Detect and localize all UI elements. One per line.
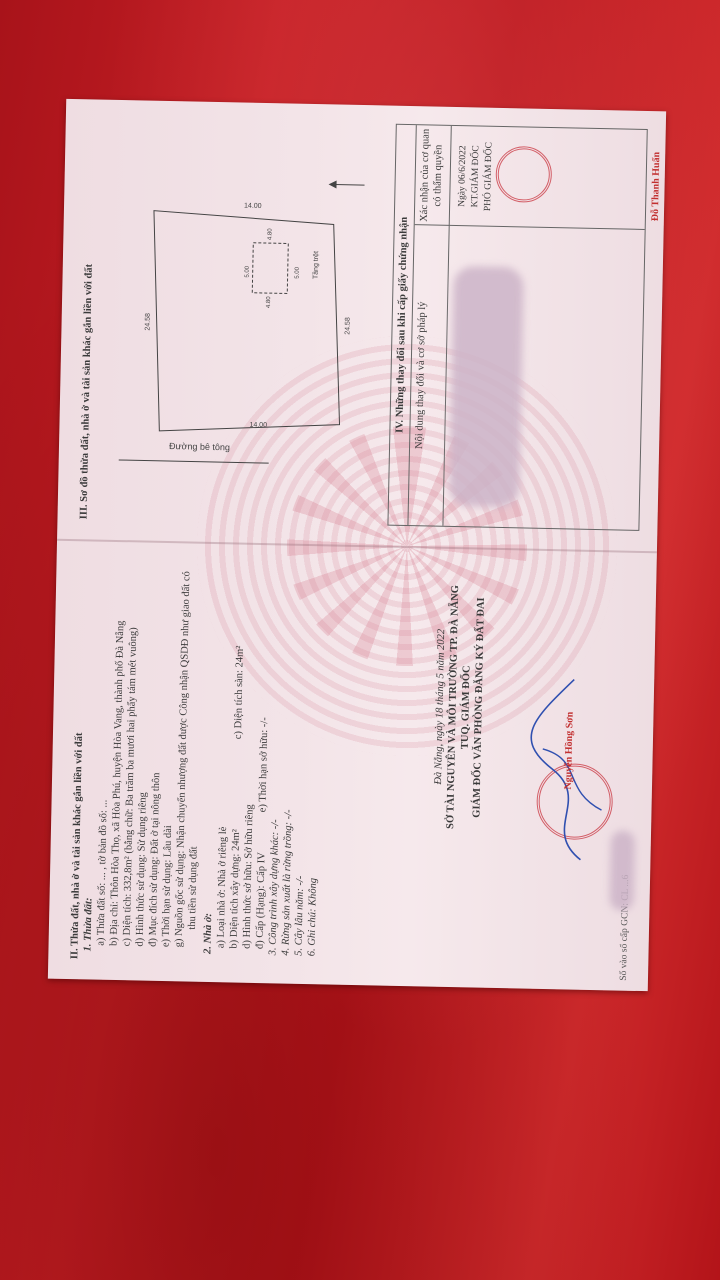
land-certificate-paper: II. Thửa đất, nhà ở và tài sản khác gắn … [48, 99, 666, 991]
confirm-title: PHÓ GIÁM ĐỐC [482, 127, 497, 227]
redacted-area [449, 266, 524, 507]
house-label: Tầng trệt [311, 251, 321, 279]
right-page: III. Sơ đồ thửa đất, nhà ở và tài sản kh… [57, 99, 666, 551]
confirm-column: Xác nhận của cơ quan có thẩm quyền Ngày … [415, 125, 647, 230]
dim-top: 14.00 [249, 422, 267, 429]
left-page: II. Thửa đất, nhà ở và tài sản khác gắn … [48, 539, 657, 991]
dim-right: 24.58 [144, 313, 151, 331]
dim-left: 24.58 [344, 317, 351, 335]
road-label: Đường bê tông [169, 441, 230, 452]
land-plot-diagram: Đường bê tông 14.00 14.00 24.58 24.58 5.… [98, 160, 385, 486]
redacted-area [609, 830, 635, 910]
house-dim: 4.80 [267, 228, 273, 240]
rotated-content: II. Thửa đất, nhà ở và tài sản khác gắn … [48, 99, 666, 991]
house-field: đ) Cấp (Hạng): Cấp IV [255, 852, 268, 949]
changes-table: IV. Những thay đổi sau khi cấp giấy chứn… [387, 124, 647, 531]
column-header: Xác nhận của cơ quan có thẩm quyền [415, 125, 452, 226]
signature-block: Đà Nẵng, ngày 18 tháng 5 năm 2022 SỞ TÀI… [430, 557, 488, 858]
signer-name: Đỗ Thanh Huấn [649, 152, 663, 222]
house-dim: 4.80 [266, 296, 272, 308]
north-arrow-icon [328, 180, 336, 188]
changes-column: Nội dung thay đổi và cơ sở pháp lý [408, 224, 644, 530]
dim-bottom: 14.00 [244, 203, 262, 210]
house-field: e) Thời hạn sở hữu: -/- [257, 717, 270, 812]
official-stamp [495, 146, 552, 203]
house-dim: 5.00 [295, 266, 301, 278]
house-field: c) Diện tích sàn: 24m² [233, 646, 246, 740]
section-land-house: II. Thửa đất, nhà ở và tài sản khác gắn … [68, 569, 326, 964]
signer-name: Nguyễn Hồng Sơn [562, 712, 577, 790]
column-header: Nội dung thay đổi và cơ sở pháp lý [408, 225, 449, 526]
house-dim: 5.00 [245, 265, 251, 277]
section-iii-title: III. Sơ đồ thửa đất, nhà ở và tài sản kh… [77, 264, 95, 520]
